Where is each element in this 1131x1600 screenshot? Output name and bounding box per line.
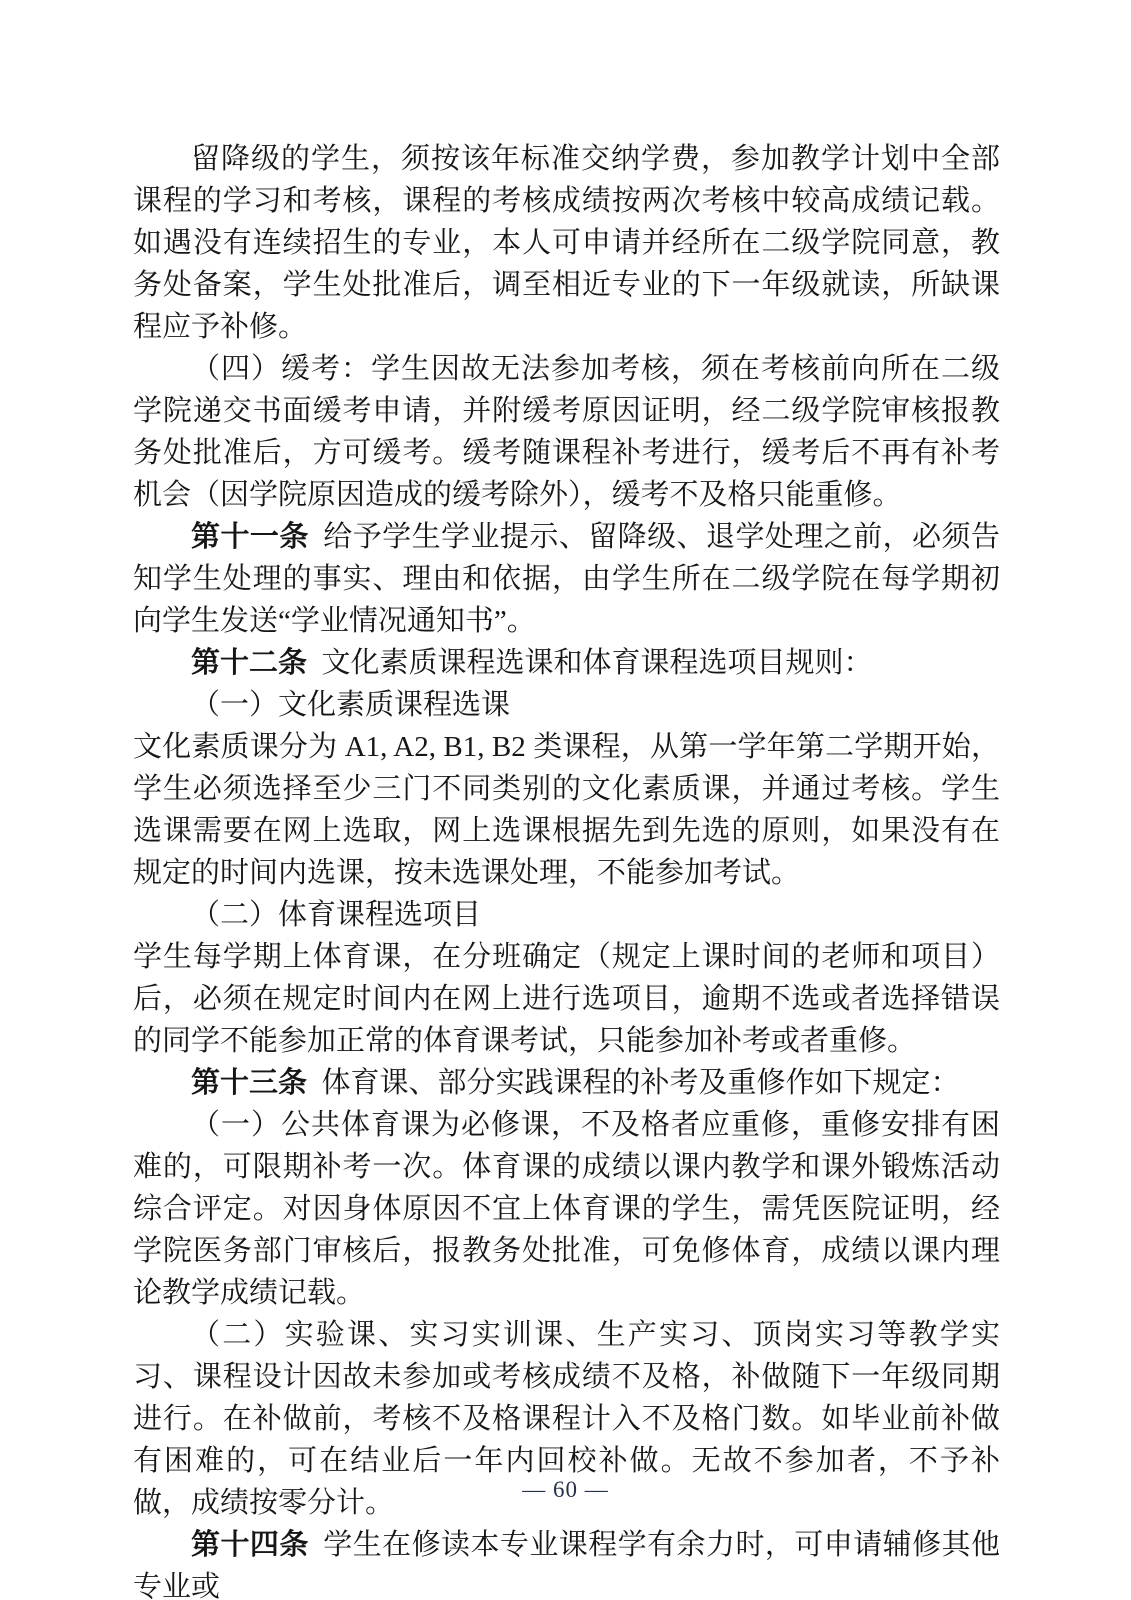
paragraph-item-1-pe-makeup: （一）公共体育课为必修课，不及格者应重修，重修安排有困难的，可限期补考一次。体育… — [133, 1104, 1000, 1314]
paragraph-text: （一）公共体育课为必修课，不及格者应重修，重修安排有困难的，可限期补考一次。体育… — [133, 1109, 1000, 1309]
paragraph-retained-grade-students: 留降级的学生，须按该年标准交纳学费，参加教学计划中全部课程的学习和考核，课程的考… — [133, 138, 1000, 348]
paragraph-text: 留降级的学生，须按该年标准交纳学费，参加教学计划中全部课程的学习和考核，课程的考… — [133, 143, 1000, 343]
document-page: 留降级的学生，须按该年标准交纳学费，参加教学计划中全部课程的学习和考核，课程的考… — [0, 0, 1131, 1600]
paragraph-text: 文化素质课程选课和体育课程选项目规则： — [322, 647, 873, 679]
paragraph-article-14: 第十四条学生在修读本专业课程学有余力时，可申请辅修其他专业或 — [133, 1524, 1000, 1600]
article-11-number: 第十一条 — [191, 521, 309, 553]
paragraph-culture-course-rules: 文化素质课分为 A1, A2, B1, B2 类课程，从第一学年第二学期开始，学… — [133, 726, 1000, 894]
paragraph-text: 学生每学期上体育课，在分班确定（规定上课时间的老师和项目）后，必须在规定时间内在… — [133, 941, 1000, 1057]
paragraph-text: （二）体育课程选项目 — [191, 899, 481, 931]
paragraph-article-12: 第十二条文化素质课程选课和体育课程选项目规则： — [133, 642, 1000, 684]
paragraph-text: 体育课、部分实践课程的补考及重修作如下规定： — [322, 1067, 960, 1099]
paragraph-item-1-heading-culture-courses: （一）文化素质课程选课 — [133, 684, 1000, 726]
page-footer: — 60 — — [0, 1476, 1131, 1504]
paragraph-deferred-exam: （四）缓考：学生因故无法参加考核，须在考核前向所在二级学院递交书面缓考申请，并附… — [133, 348, 1000, 516]
paragraph-article-11: 第十一条给予学生学业提示、留降级、退学处理之前，必须告知学生处理的事实、理由和依… — [133, 516, 1000, 642]
article-13-number: 第十三条 — [191, 1067, 307, 1099]
page-number: — 60 — — [522, 1477, 609, 1502]
document-body: 留降级的学生，须按该年标准交纳学费，参加教学计划中全部课程的学习和考核，课程的考… — [133, 138, 1000, 1600]
paragraph-article-13: 第十三条体育课、部分实践课程的补考及重修作如下规定： — [133, 1062, 1000, 1104]
paragraph-item-2-heading-pe-courses: （二）体育课程选项目 — [133, 894, 1000, 936]
article-12-number: 第十二条 — [191, 647, 307, 679]
paragraph-text: 文化素质课分为 A1, A2, B1, B2 类课程，从第一学年第二学期开始，学… — [133, 731, 1000, 889]
paragraph-text: （四）缓考：学生因故无法参加考核，须在考核前向所在二级学院递交书面缓考申请，并附… — [133, 353, 1000, 511]
paragraph-text: （一）文化素质课程选课 — [191, 689, 510, 721]
article-14-number: 第十四条 — [191, 1529, 309, 1561]
paragraph-pe-course-rules: 学生每学期上体育课，在分班确定（规定上课时间的老师和项目）后，必须在规定时间内在… — [133, 936, 1000, 1062]
